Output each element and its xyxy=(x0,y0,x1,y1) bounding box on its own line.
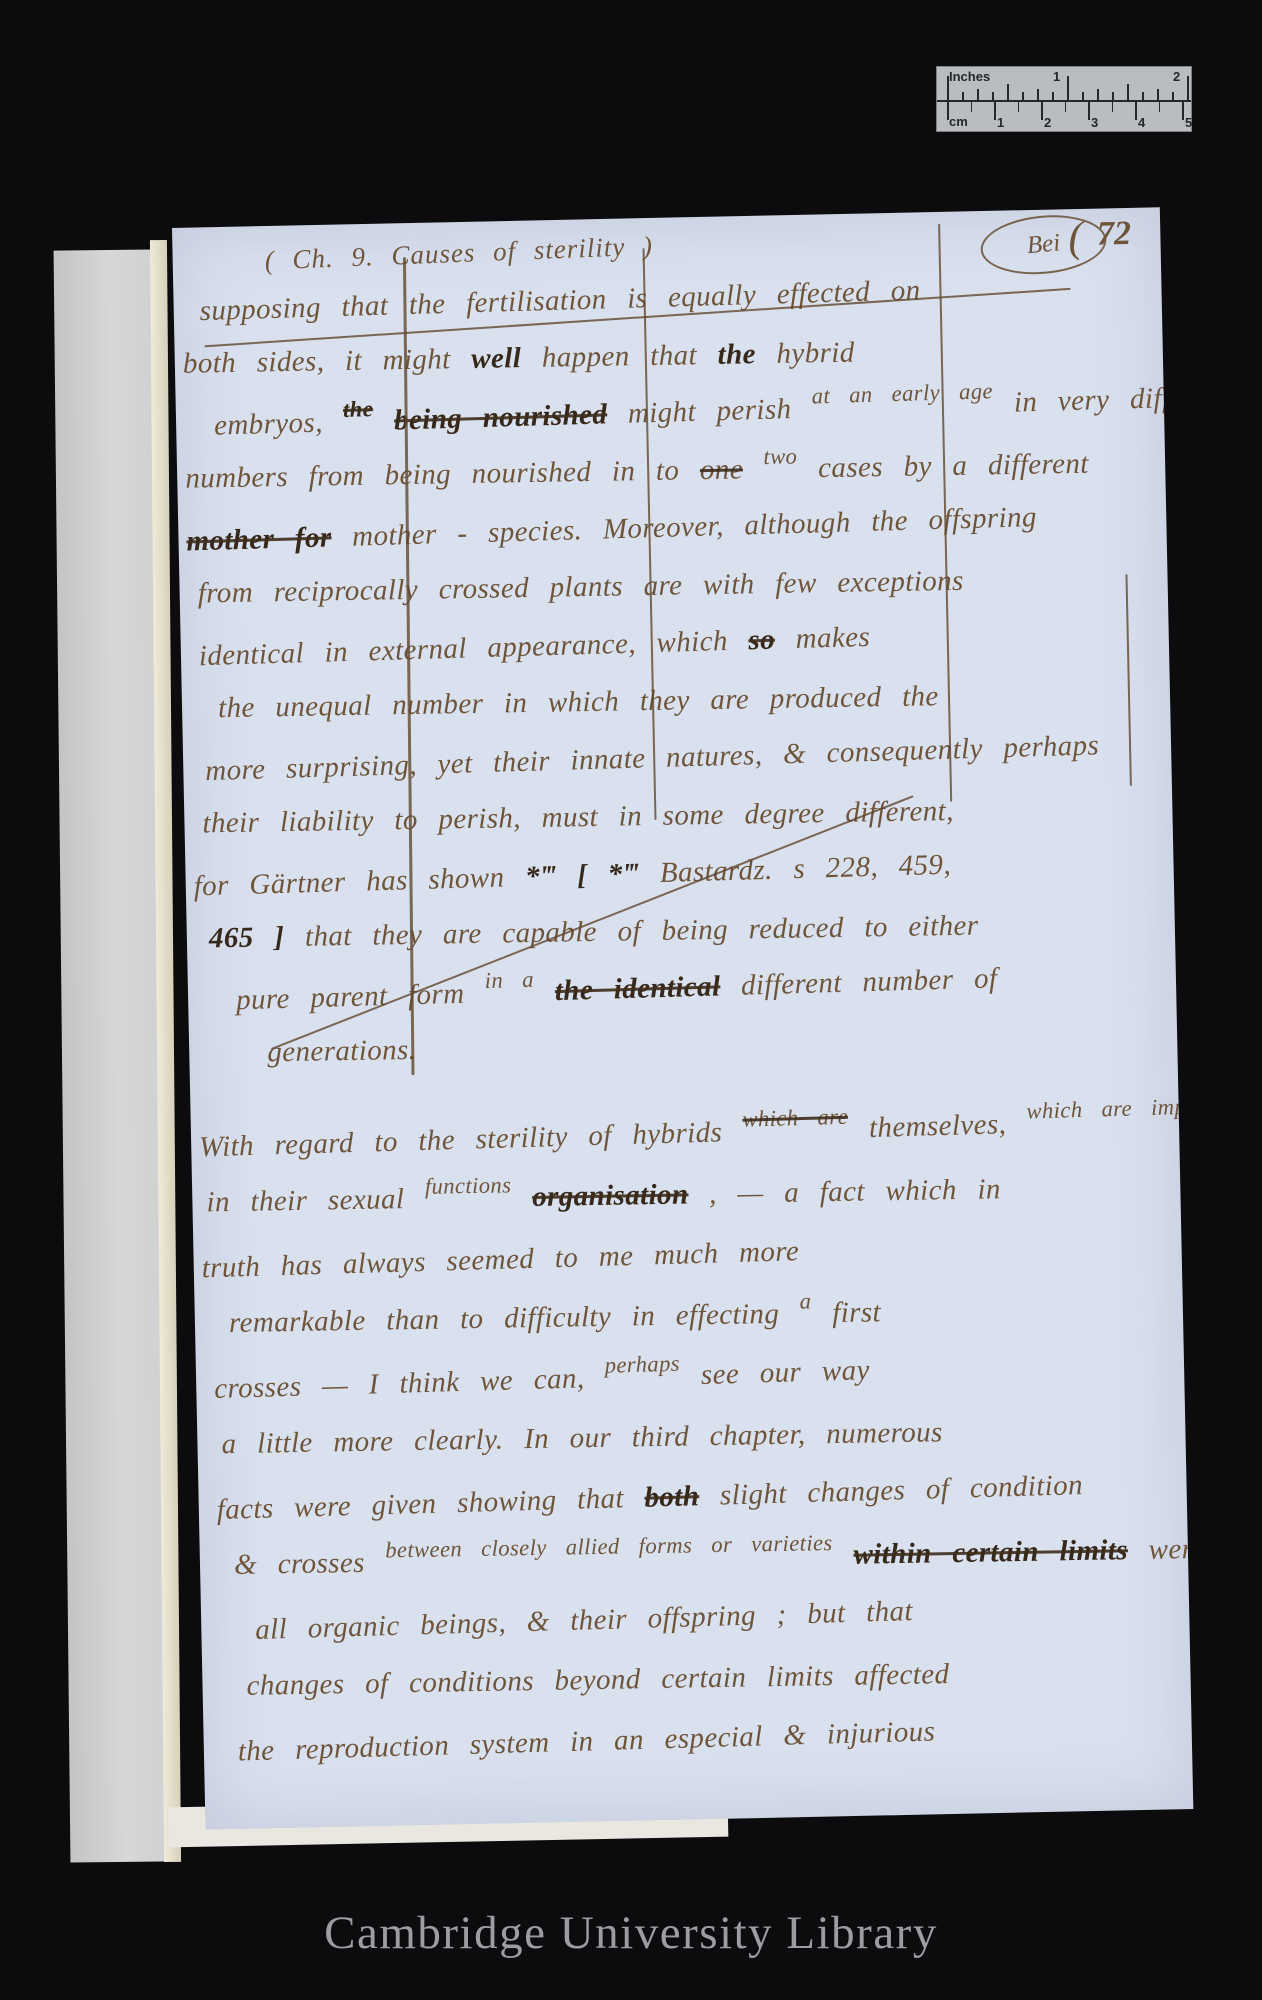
scale-tick xyxy=(1065,102,1067,112)
scale-tick xyxy=(1037,89,1039,100)
scale-tick xyxy=(1018,102,1020,112)
scale-tick xyxy=(1097,89,1099,100)
scale-tick xyxy=(1135,102,1137,120)
scale-tick xyxy=(1088,102,1090,120)
text-segment: makes xyxy=(775,621,871,656)
text-segment: in very different xyxy=(993,380,1194,419)
text-segment: that the fertilisation is equally effect… xyxy=(341,274,921,323)
library-watermark: Cambridge University Library xyxy=(0,1906,1262,1960)
scale-tick xyxy=(1052,92,1054,100)
text-segment: the xyxy=(343,396,374,422)
text-segment: the identical xyxy=(554,970,720,1007)
scale-tick xyxy=(1187,76,1189,100)
text-segment xyxy=(534,975,556,1008)
text-segment: see our way xyxy=(680,1354,870,1391)
scale-tick xyxy=(1082,92,1084,100)
text-segment: the xyxy=(717,338,756,371)
text-segment: might perish xyxy=(607,392,813,430)
scale-tick xyxy=(1022,92,1024,100)
text-segment: a xyxy=(799,1288,811,1313)
scale-number: 5 xyxy=(1185,115,1192,130)
scale-tick xyxy=(1172,92,1174,100)
scale-tick xyxy=(1157,89,1159,100)
text-segment: 465 ] xyxy=(209,921,285,954)
text-segment: themselves, xyxy=(848,1108,1027,1145)
text-segment: well xyxy=(471,342,521,375)
text-segment: With regard to the sterility of hybrids xyxy=(199,1116,744,1164)
text-segment: both sides, it might xyxy=(183,342,472,379)
scale-tick xyxy=(1142,92,1144,100)
text-segment: crosses — I think we can, xyxy=(214,1362,606,1405)
text-segment: so xyxy=(748,624,776,657)
scale-number: 4 xyxy=(1138,115,1145,130)
text-segment: organisation xyxy=(532,1178,689,1213)
text-segment: *‴ [ *‴ xyxy=(525,858,640,893)
text-segment: different number of xyxy=(720,962,998,1002)
text-segment: , — a fact which in xyxy=(688,1173,1001,1210)
text-segment xyxy=(743,453,764,485)
text-segment: hybrid xyxy=(756,336,855,370)
text-segment xyxy=(833,1538,854,1570)
text-segment: in a xyxy=(484,967,534,993)
scale-tick xyxy=(947,76,949,100)
scale-tick xyxy=(1182,102,1184,120)
text-segment: functions xyxy=(425,1172,512,1198)
text-segment: for Gärtner has shown xyxy=(193,861,525,903)
classmark-text: Bei xyxy=(1026,229,1062,260)
scale-tick xyxy=(971,102,973,112)
text-segment: supposing xyxy=(199,291,342,327)
scale-tick xyxy=(962,92,964,100)
text-segment: which are imperfect xyxy=(1026,1092,1193,1123)
scale-tick xyxy=(994,102,996,120)
text-segment: at an early age xyxy=(811,378,993,408)
text-segment: one xyxy=(700,453,744,486)
scale-tick xyxy=(1067,76,1069,100)
text-segment: & crosses xyxy=(234,1546,386,1581)
text-segment: being nourished xyxy=(394,398,608,436)
text-segment: in their sexual xyxy=(206,1182,425,1218)
folio-paren: ( xyxy=(1068,212,1084,261)
text-segment: were good for xyxy=(1128,1530,1194,1566)
scale-tick xyxy=(1127,84,1129,100)
scale-tick xyxy=(1159,102,1161,112)
text-segment: both xyxy=(644,1480,700,1514)
scale-inches-label: Inches xyxy=(949,69,990,84)
scale-cm-label: cm xyxy=(949,114,968,129)
text-segment: pure parent form xyxy=(236,977,486,1016)
text-segment: two xyxy=(763,443,797,469)
scale-number: 1 xyxy=(997,115,1004,130)
scale-number: 2 xyxy=(1044,115,1051,130)
measurement-scale-bar: Inches cm 1212345 xyxy=(936,66,1192,132)
manuscript-page: ( Ch. 9. Causes of sterility ) Bei ( 72 … xyxy=(172,207,1193,1829)
text-segment: mother for xyxy=(186,521,332,557)
text-segment: happen that xyxy=(521,338,718,373)
folio-number-value: 72 xyxy=(1097,215,1132,253)
text-segment: within certain limits xyxy=(853,1534,1128,1571)
text-segment: generations. xyxy=(267,1033,416,1067)
manuscript-paragraph-1: supposing that the fertilisation is equa… xyxy=(181,272,1158,1097)
text-segment: first xyxy=(811,1296,881,1329)
scale-tick xyxy=(977,89,979,100)
text-segment: facts were given showing that xyxy=(216,1482,645,1526)
text-segment: perhaps xyxy=(604,1351,680,1378)
chapter-heading: ( Ch. 9. Causes of sterility ) xyxy=(264,231,653,277)
scale-number: 3 xyxy=(1091,115,1098,130)
scale-tick xyxy=(947,102,949,120)
scale-tick xyxy=(1041,102,1043,120)
scale-tick xyxy=(1112,92,1114,100)
scale-number: 1 xyxy=(1053,69,1060,84)
manuscript-paragraph-2: With regard to the sterility of hybrids … xyxy=(199,1108,1173,1793)
scale-tick xyxy=(992,92,994,100)
folio-number: ( 72 xyxy=(1068,210,1132,262)
text-segment xyxy=(511,1181,532,1213)
scale-tick xyxy=(1112,102,1114,112)
text-segment: embryos, xyxy=(214,406,344,442)
scale-number: 2 xyxy=(1173,69,1180,84)
scale-tick xyxy=(1007,84,1009,100)
text-segment: which are xyxy=(742,1104,848,1132)
text-segment xyxy=(373,405,395,438)
